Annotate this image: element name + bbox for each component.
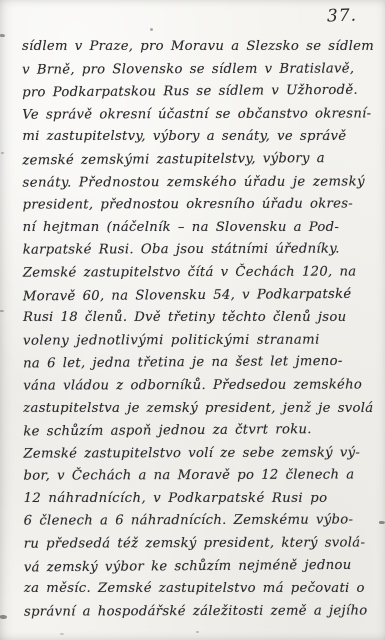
scan-artifact (1, 152, 4, 154)
scan-artifact (150, 28, 153, 31)
manuscript-line: vána vládou z odborníků. Předsedou zemsk… (23, 374, 375, 398)
manuscript-line: Rusi 18 členů. Dvě třetiny těchto členů … (23, 307, 375, 330)
manuscript-text-block: sídlem v Praze, pro Moravu a Slezsko se … (22, 35, 376, 624)
manuscript-line: ru předsedá též zemský president, který … (24, 532, 376, 556)
manuscript-line: zemské zemskými zastupitelstvy, výbory a (22, 148, 374, 173)
manuscript-line: Zemské zastupitelstvo volí ze sebe zemsk… (23, 442, 375, 466)
manuscript-line: ní hejtman (náčelník – na Slovensku a Po… (23, 217, 375, 240)
manuscript-line: správní a hospodářské záležitosti země a… (24, 600, 376, 624)
manuscript-line: za měsíc. Zemské zastupitelstvo má pečov… (24, 578, 376, 601)
scan-artifact (60, 633, 64, 635)
manuscript-line: senáty. Přednostou zemského úřadu je zem… (22, 171, 374, 195)
manuscript-line: Ve správě okresní účastní se občanstvo o… (22, 103, 374, 127)
scan-artifact (196, 631, 199, 633)
scan-artifact (379, 521, 385, 524)
page-number: 37. (327, 5, 358, 26)
manuscript-page: 37. sídlem v Praze, pro Moravu a Slezsko… (0, 0, 385, 640)
manuscript-line: karpatské Rusi. Oba jsou státními úřední… (23, 239, 375, 263)
manuscript-line: pro Podkarpatskou Rus se sídlem v Užhoro… (22, 80, 374, 105)
manuscript-line: v Brně, pro Slovensko se sídlem v Bratis… (22, 58, 374, 82)
manuscript-line: sídlem v Praze, pro Moravu a Slezsko se … (22, 36, 374, 59)
manuscript-line: 6 členech a 6 náhradnících. Zemskému výb… (24, 510, 376, 534)
manuscript-line: bor, v Čechách a na Moravě po 12 členech… (23, 465, 375, 489)
scan-artifact (0, 615, 7, 619)
manuscript-line: president, přednostou okresního úřadu ok… (23, 194, 375, 218)
manuscript-line: Zemské zastupitelstvo čítá v Čechách 120… (23, 261, 375, 285)
manuscript-line: na 6 let, jedna třetina je na šest let j… (23, 351, 375, 376)
manuscript-line: ke schůzím aspoň jednou za čtvrt roku. (23, 419, 375, 444)
manuscript-line: Moravě 60, na Slovensku 54, v Podkarpats… (23, 283, 375, 308)
manuscript-line: voleny jednotlivými politickými stranami (23, 329, 375, 353)
manuscript-line: zastupitelstva je zemský president, jenž… (23, 397, 375, 420)
manuscript-line: vá zemský výbor ke schůzím nejméně jedno… (24, 554, 376, 579)
manuscript-line: mi zastupitelstvy, výbory a senáty, ve s… (22, 126, 374, 149)
manuscript-line: 12 náhradnících, v Podkarpatské Rusi po (24, 488, 376, 511)
scan-artifact (0, 34, 5, 37)
scan-artifact (0, 310, 4, 312)
